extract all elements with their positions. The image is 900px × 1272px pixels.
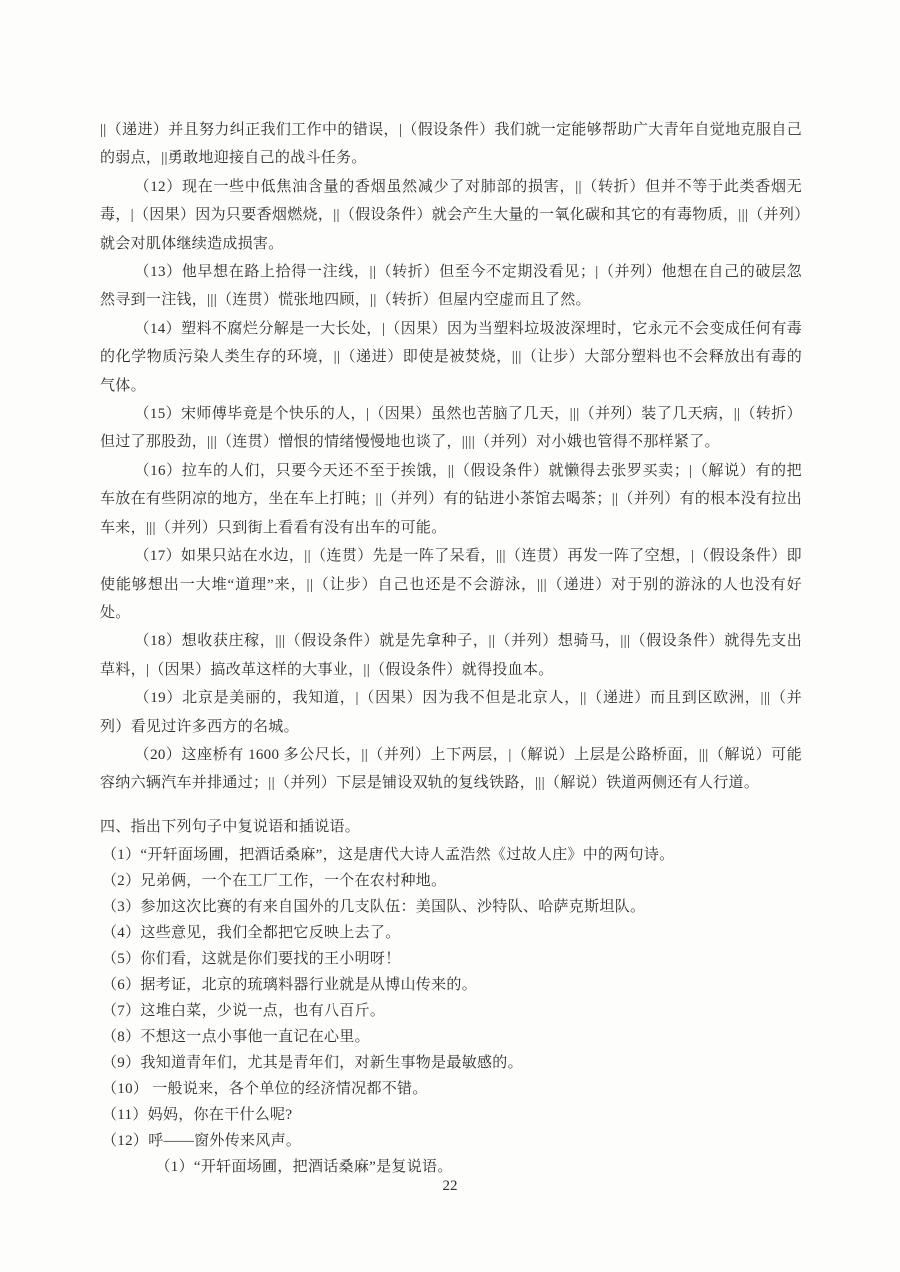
exercise-item-11: （11）妈妈，你在干什么呢? — [102, 1102, 802, 1128]
section4-item-list: （1）“开轩面场圃，把酒话桑麻”，这是唐代大诗人孟浩然《过故人庄》中的两句诗。 … — [100, 842, 802, 1154]
exercise-item-8: （8）不想这一点小事他一直记在心里。 — [102, 1024, 802, 1050]
exercise-paragraph-14: （14）塑料不腐烂分解是一大长处，|（因果）因为当塑料垃圾波深埋时，它永元不会变… — [100, 315, 802, 400]
exercise-item-5: （5）你们看，这就是你们要找的王小明呀！ — [102, 946, 802, 972]
exercise-paragraph-12: （12）现在一些中低焦油含量的香烟虽然减少了对肺部的损害，||（转折）但并不等于… — [100, 173, 802, 258]
exercise-item-9: （9）我知道青年们，尤其是青年们，对新生事物是最敏感的。 — [102, 1050, 802, 1076]
exercise-item-7: （7）这堆白菜，少说一点，也有八百斤。 — [102, 998, 802, 1024]
exercise-paragraph-18: （18）想收获庄稼，|||（假设条件）就是先拿种子，||（并列）想骑马，|||（… — [100, 627, 802, 684]
page-content: ||（递进）并且努力纠正我们工作中的错误，|（假设条件）我们就一定能够帮助广大青… — [100, 116, 802, 1180]
exercise-item-10: （10） 一般说来，各个单位的经济情况都不错。 — [102, 1076, 802, 1102]
exercise-paragraph-13: （13）他早想在路上拾得一注线，||（转折）但至今不定期没看见；|（并列）他想在… — [100, 258, 802, 315]
document-page: ||（递进）并且努力纠正我们工作中的错误，|（假设条件）我们就一定能够帮助广大青… — [0, 0, 900, 1272]
section3-answers: ||（递进）并且努力纠正我们工作中的错误，|（假设条件）我们就一定能够帮助广大青… — [100, 116, 802, 798]
exercise-item-2: （2）兄弟俩，一个在工厂工作，一个在农村种地。 — [102, 868, 802, 894]
exercise-item-4: （4）这些意见，我们全都把它反映上去了。 — [102, 920, 802, 946]
exercise-paragraph-20: （20）这座桥有 1600 多公尺长，||（并列）上下两层，|（解说）上层是公路… — [100, 741, 802, 798]
exercise-paragraph-continuation: ||（递进）并且努力纠正我们工作中的错误，|（假设条件）我们就一定能够帮助广大青… — [100, 116, 802, 173]
exercise-item-12: （12）呼——窗外传来风声。 — [102, 1128, 802, 1154]
answer-line: （1）“开轩面场圃，把酒话桑麻”是复说语。 — [100, 1154, 802, 1180]
exercise-paragraph-15: （15）宋师傅毕竟是个快乐的人，|（因果）虽然也苦脑了几天，|||（并列）装了几… — [100, 400, 802, 457]
page-number: 22 — [0, 1178, 900, 1195]
section4-heading: 四、指出下列句子中复说语和插说语。 — [100, 813, 802, 841]
exercise-item-3: （3）参加这次比赛的有来自国外的几支队伍：美国队、沙特队、哈萨克斯坦队。 — [102, 894, 802, 920]
exercise-paragraph-17: （17）如果只站在水边，||（连贯）先是一阵了呆看，|||（连贯）再发一阵了空想… — [100, 542, 802, 627]
exercise-paragraph-16: （16）拉车的人们，只要今天还不至于挨饿，||（假设条件）就懒得去张罗买卖；|（… — [100, 457, 802, 542]
exercise-item-6: （6）据考证，北京的琉璃料器行业就是从博山传来的。 — [102, 972, 802, 998]
exercise-paragraph-19: （19）北京是美丽的，我知道，|（因果）因为我不但是北京人，||（递进）而且到区… — [100, 684, 802, 741]
exercise-item-1: （1）“开轩面场圃，把酒话桑麻”，这是唐代大诗人孟浩然《过故人庄》中的两句诗。 — [102, 842, 802, 868]
